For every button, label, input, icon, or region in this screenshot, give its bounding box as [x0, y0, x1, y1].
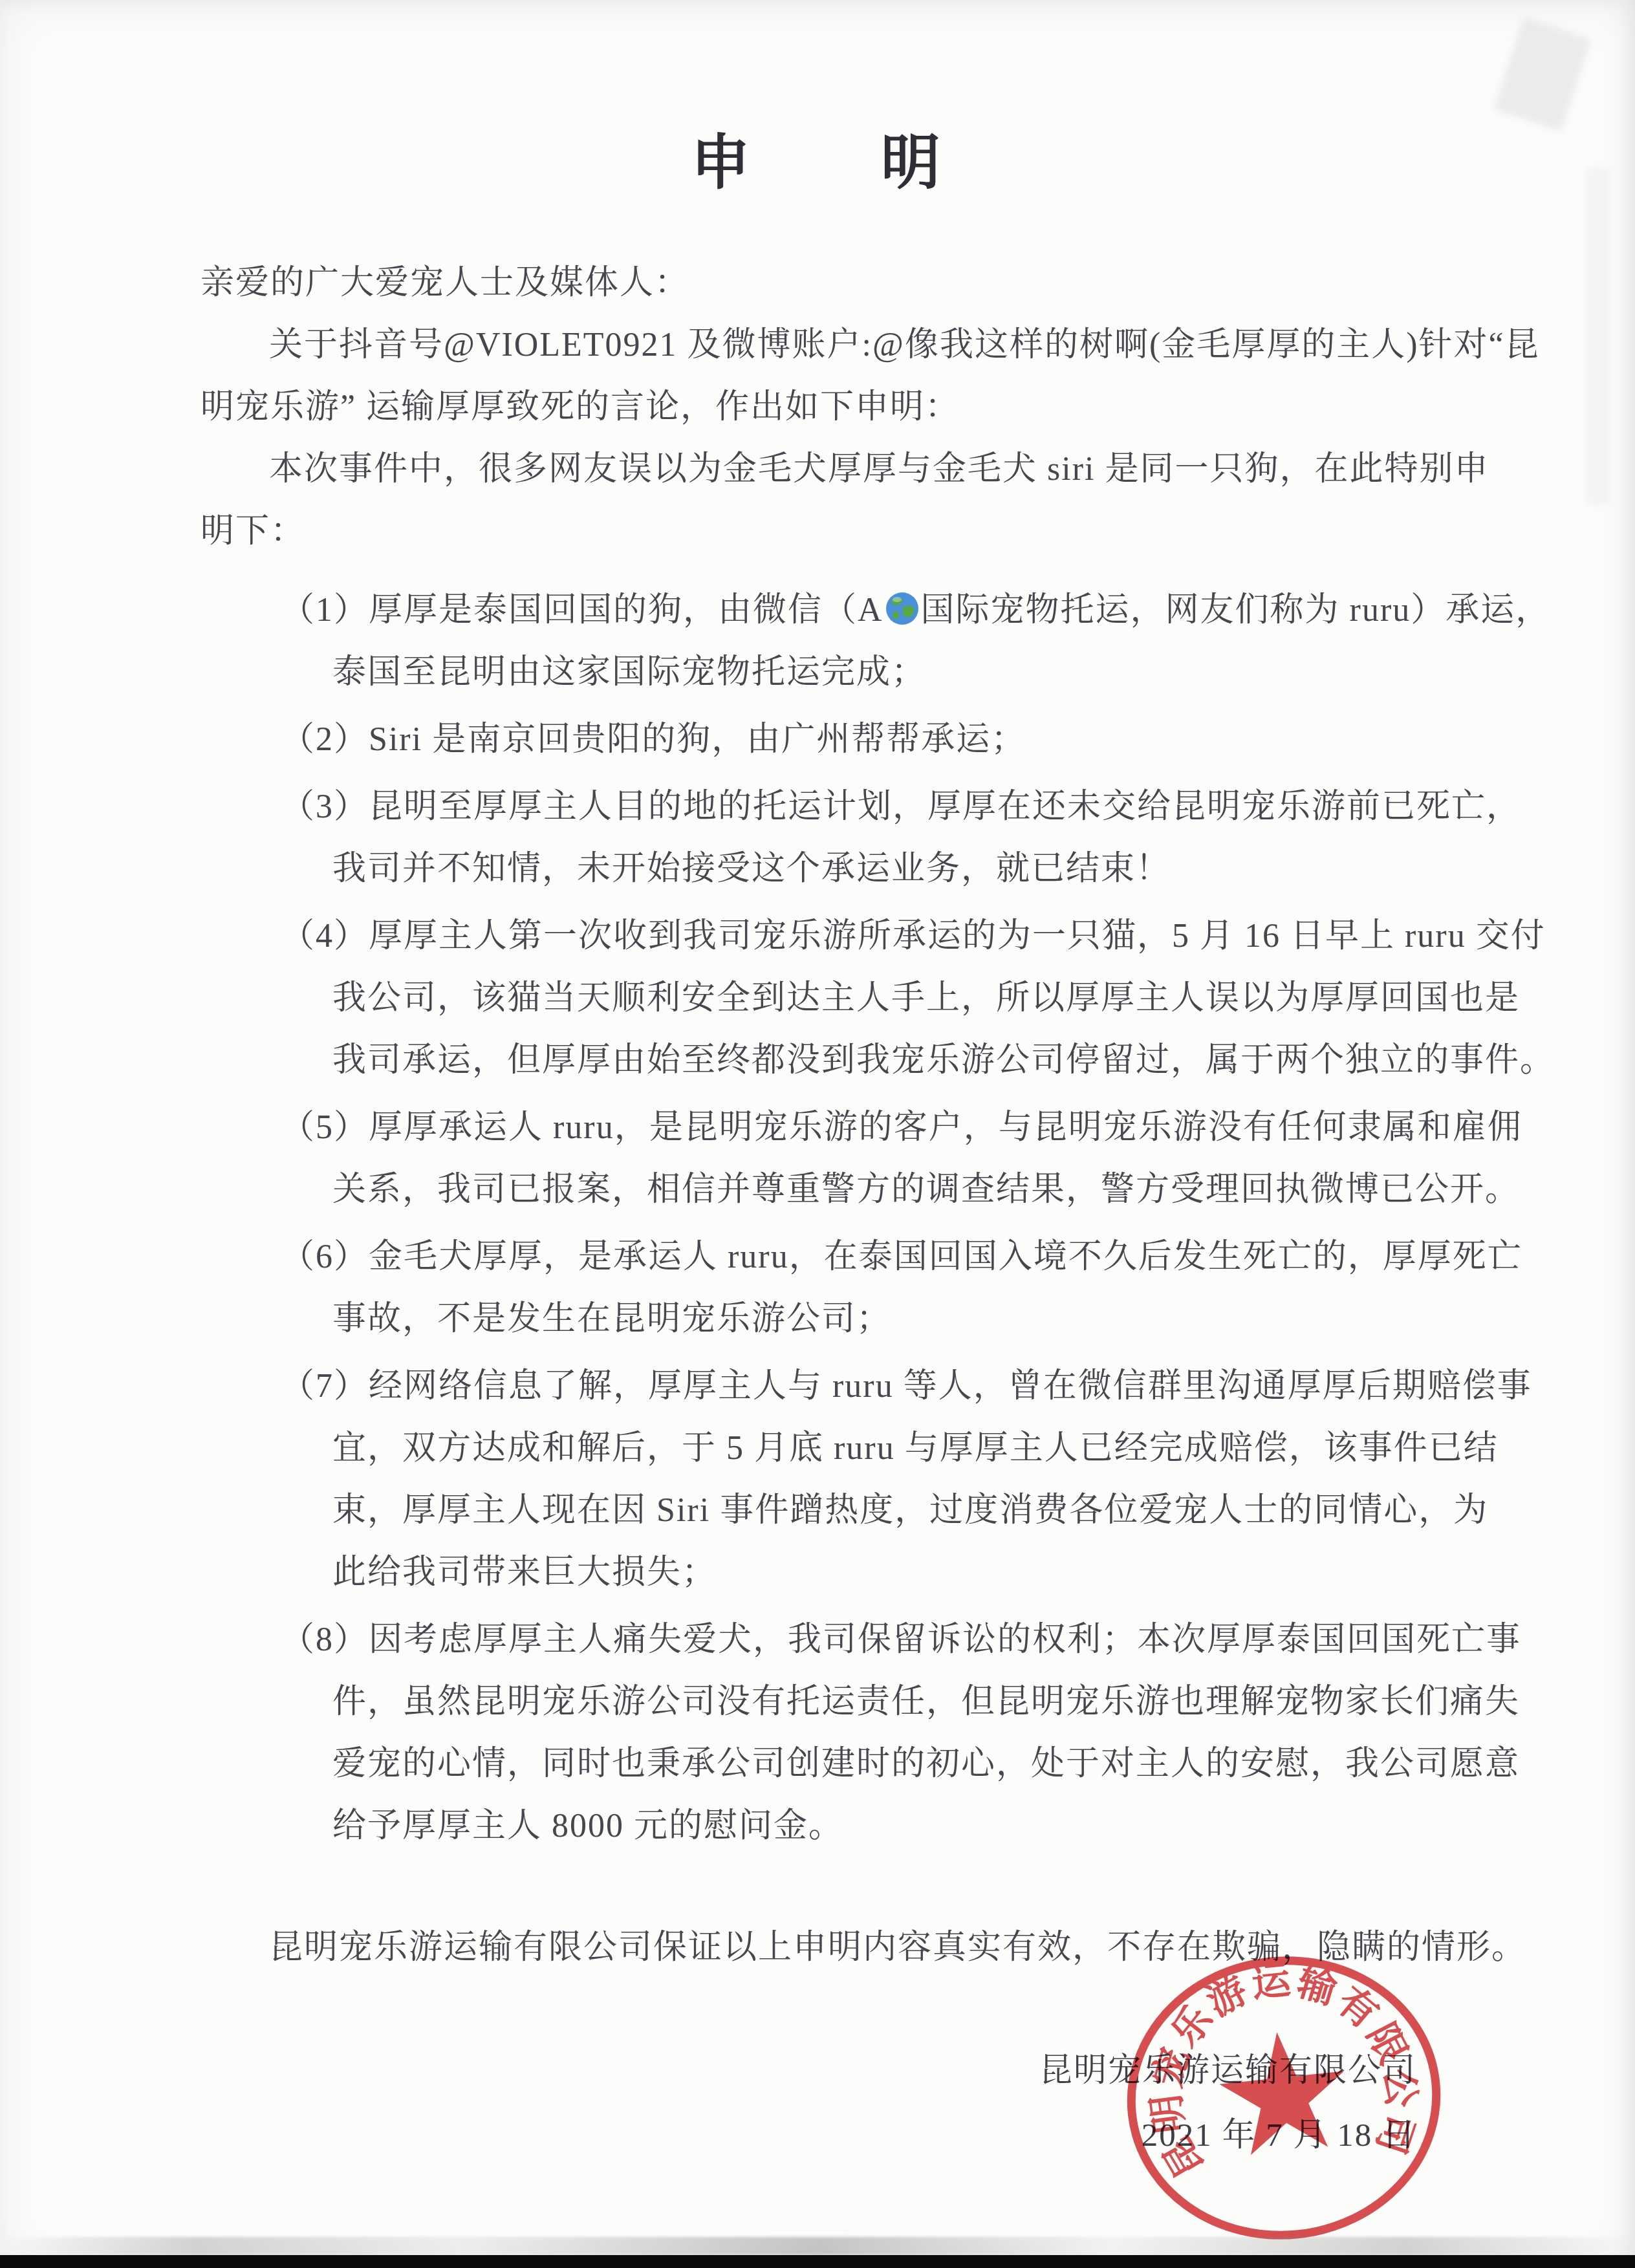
list-item-line: （6）金毛犬厚厚，是承运人 ruru，在泰国回国入境不久后发生死亡的，厚厚死亡	[281, 1226, 1447, 1288]
list-item-line: （2）Siri 是南京回贵阳的狗，由广州帮帮承运；	[281, 709, 1447, 771]
body-line: 宜，双方达成和解后，于 5 月底 ruru 与厚厚主人已经完成赔偿，该事件已结	[332, 1418, 1447, 1480]
body-line: 束，厚厚主人现在因 Siri 事件蹭热度，过度消费各位爱宠人士的同情心，为	[332, 1480, 1447, 1542]
body-line: 明下：	[200, 501, 1447, 563]
signature-block: 昆明宠乐游运输有限公司 2021 年 7 月 18 日	[0, 2038, 1635, 2168]
body-line: 泰国至昆明由这家国际宠物托运完成；	[332, 642, 1447, 704]
line-text: 国际宠物托运，网友们称为 ruru）承运，	[921, 592, 1551, 629]
scan-artifact	[1586, 168, 1609, 504]
body-line: 明宠乐游” 运输厚厚致死的言论，作出如下申明：	[200, 376, 1447, 438]
body-line: 我公司，该猫当天顺利安全到达主人手上，所以厚厚主人误以为厚厚回国也是	[332, 967, 1447, 1030]
list-item-line: （3）昆明至厚厚主人目的地的托运计划，厚厚在还未交给昆明宠乐游前已死亡，	[281, 776, 1447, 838]
body-line: 我司承运，但厚厚由始至终都没到我宠乐游公司停留过，属于两个独立的事件。	[332, 1030, 1447, 1092]
scan-edge-bar	[0, 2255, 1635, 2268]
list-item-line: （8）因考虑厚厚主人痛失爱犬，我司保留诉讼的权利；本次厚厚泰国回国死亡事	[281, 1609, 1447, 1671]
document-page: 申 明 亲爱的广大爱宠人士及媒体人：关于抖音号@VIOLET0921 及微博账户…	[0, 0, 1635, 2268]
globe-icon	[885, 591, 920, 626]
body-line: 我司并不知情，未开始接受这个承运业务，就已结束！	[332, 838, 1447, 900]
page-title: 申 明	[0, 0, 1635, 202]
body-line: 关于抖音号@VIOLET0921 及微博账户:@像我这样的树啊(金毛厚厚的主人)…	[269, 314, 1447, 376]
body-line: 给予厚厚主人 8000 元的慰问金。	[332, 1795, 1447, 1857]
list-item-line: （4）厚厚主人第一次收到我司宠乐游所承运的为一只猫，5 月 16 日早上 rur…	[281, 905, 1447, 967]
list-item-line: （5）厚厚承运人 ruru，是昆明宠乐游的客户，与昆明宠乐游没有任何隶属和雇佣	[281, 1097, 1447, 1159]
body-line: 本次事件中，很多网友误以为金毛犬厚厚与金毛犬 siri 是同一只狗，在此特别申	[269, 438, 1447, 501]
list-item-line: （1）厚厚是泰国回国的狗，由微信（A 国际宠物托运，网友们称为 ruru）承运，	[281, 579, 1447, 642]
body-line: 件，虽然昆明宠乐游公司没有托运责任，但昆明宠乐游也理解宠物家长们痛失	[332, 1671, 1447, 1733]
statement-body: 亲爱的广大爱宠人士及媒体人：关于抖音号@VIOLET0921 及微博账户:@像我…	[0, 252, 1635, 1857]
signature-company: 昆明宠乐游运输有限公司	[0, 2038, 1416, 2103]
body-line: 此给我司带来巨大损失；	[332, 1542, 1447, 1604]
closing-line: 昆明宠乐游运输有限公司保证以上申明内容真实有效，不存在欺骗，隐瞒的情形。	[269, 1917, 1447, 1979]
scan-shadow	[0, 2237, 1635, 2255]
body-line: 关系，我司已报案，相信并尊重警方的调查结果，警方受理回执微博已公开。	[332, 1159, 1447, 1221]
signature-date: 2021 年 7 月 18 日	[0, 2103, 1416, 2168]
body-line: 爱宠的心情，同时也秉承公司创建时的初心，处于对主人的安慰，我公司愿意	[332, 1733, 1447, 1795]
list-item-line: （7）经网络信息了解，厚厚主人与 ruru 等人，曾在微信群里沟通厚厚后期赔偿事	[281, 1355, 1447, 1418]
body-line: 亲爱的广大爱宠人士及媒体人：	[200, 252, 1447, 314]
body-line: 事故，不是发生在昆明宠乐游公司；	[332, 1288, 1447, 1350]
line-text: （1）厚厚是泰国回国的狗，由微信（A	[281, 592, 883, 629]
